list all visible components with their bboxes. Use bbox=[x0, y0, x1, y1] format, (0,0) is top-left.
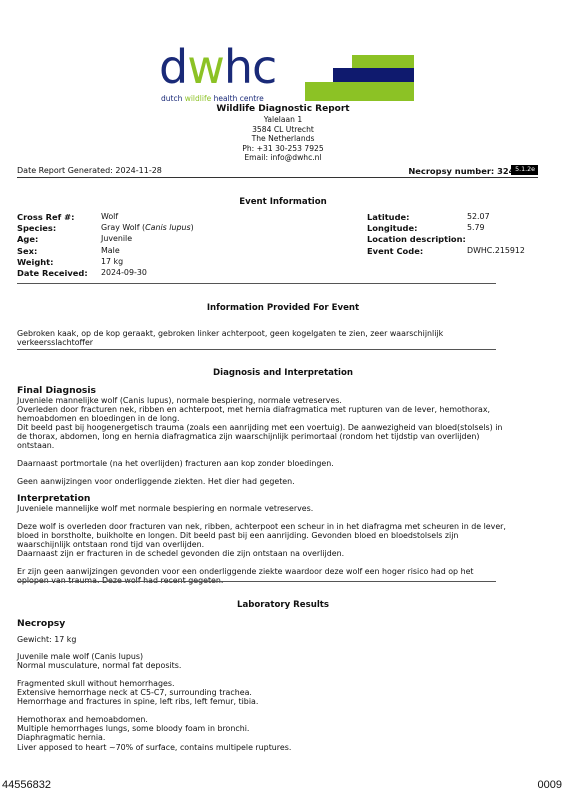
field-location-description: Location description: bbox=[367, 234, 525, 245]
lab-line: Hemorrhage and fractures in spine, left … bbox=[17, 697, 507, 706]
final-diagnosis-line: Overleden door fracturen nek, ribben en … bbox=[17, 405, 507, 423]
lab-line: Gewicht: 17 kg bbox=[17, 635, 507, 644]
report-title: Wildlife Diagnostic Report bbox=[0, 104, 566, 115]
report-meta-row: Date Report Generated: 2024-11-28 Necrop… bbox=[17, 166, 538, 178]
lab-line: Normal musculature, normal fat deposits. bbox=[17, 661, 507, 670]
lab-line: Hemothorax and hemoabdomen. bbox=[17, 715, 507, 724]
laboratory-block: Necropsy Gewicht: 17 kg Juvenile male wo… bbox=[17, 619, 507, 752]
field-sex: Sex:Male bbox=[17, 246, 194, 257]
final-diagnosis-line: Dit beeld past bij hoogenergetisch traum… bbox=[17, 423, 507, 450]
interpretation-line: Deze wolf is overleden door fracturen va… bbox=[17, 522, 507, 549]
lab-line: Extensive hemorrhage neck at C5-C7, surr… bbox=[17, 688, 507, 697]
final-diagnosis-line: Juveniele mannelijke wolf (Canis lupus),… bbox=[17, 396, 507, 405]
section-title-laboratory-results: Laboratory Results bbox=[0, 600, 566, 610]
interpretation-line: Er zijn geen aanwijzingen gevonden voor … bbox=[17, 567, 507, 585]
divider bbox=[17, 581, 496, 582]
diagnosis-block: Final Diagnosis Juveniele mannelijke wol… bbox=[17, 386, 507, 585]
address-line: Yalelaan 1 bbox=[0, 115, 566, 125]
field-age: Age:Juvenile bbox=[17, 234, 194, 245]
logo-bar-icon bbox=[352, 55, 414, 68]
divider bbox=[17, 349, 496, 350]
final-diagnosis-line: Geen aanwijzingen voor onderliggende zie… bbox=[17, 477, 507, 486]
lab-line: Juvenile male wolf (Canis lupus) bbox=[17, 652, 507, 661]
section-title-diagnosis: Diagnosis and Interpretation bbox=[0, 368, 566, 378]
field-longitude: Longitude:5.79 bbox=[367, 223, 525, 234]
logo-bar-icon bbox=[305, 82, 414, 101]
address-line: The Netherlands bbox=[0, 134, 566, 144]
lab-line: Diaphragmatic hernia. bbox=[17, 733, 507, 742]
field-date-received: Date Received:2024-09-30 bbox=[17, 268, 194, 279]
field-cross-ref: Cross Ref #:Wolf bbox=[17, 212, 194, 223]
address-block: Yalelaan 1 3584 CL Utrecht The Netherlan… bbox=[0, 115, 566, 163]
footer-document-id: 44556832 bbox=[2, 779, 51, 792]
lab-line: Fragmented skull without hemorrhages. bbox=[17, 679, 507, 688]
field-latitude: Latitude:52.07 bbox=[367, 212, 525, 223]
field-event-code: Event Code:DWHC.215912 bbox=[367, 246, 525, 257]
phone: Ph: +31 30-253 7925 bbox=[0, 144, 566, 154]
interpretation-line: Juveniele mannelijke wolf met normale be… bbox=[17, 504, 507, 513]
section-title-event-information: Event Information bbox=[0, 197, 566, 207]
email: Email: info@dwhc.nl bbox=[0, 153, 566, 163]
final-diagnosis-line: Daarnaast portmortale (na het overlijden… bbox=[17, 459, 507, 468]
footer-page-number: 0009 bbox=[538, 779, 562, 792]
lab-line: Multiple hemorrhages lungs, some bloody … bbox=[17, 724, 507, 733]
necropsy-title: Necropsy bbox=[17, 619, 507, 629]
logo-bar-icon bbox=[333, 68, 414, 82]
version-badge: 5.1.2e bbox=[511, 165, 538, 175]
event-info-right: Latitude:52.07 Longitude:5.79 Location d… bbox=[367, 212, 525, 257]
divider bbox=[17, 283, 496, 284]
dwhc-logo: dwhc dutch wildlife health centre bbox=[155, 50, 420, 112]
information-provided-text: Gebroken kaak, op de kop geraakt, gebrok… bbox=[17, 329, 507, 347]
necropsy-number: Necropsy number: 32409 bbox=[408, 166, 526, 176]
field-species: Species:Gray Wolf (Canis lupus) bbox=[17, 223, 194, 234]
date-generated: Date Report Generated: 2024-11-28 bbox=[17, 166, 162, 176]
field-weight: Weight:17 kg bbox=[17, 257, 194, 268]
interpretation-line: Daarnaast zijn er fracturen in de schede… bbox=[17, 549, 507, 558]
logo-tagline: dutch wildlife health centre bbox=[161, 94, 264, 103]
interpretation-title: Interpretation bbox=[17, 494, 507, 504]
event-info-left: Cross Ref #:Wolf Species:Gray Wolf (Cani… bbox=[17, 212, 194, 279]
lab-line: Liver apposed to heart ~70% of surface, … bbox=[17, 743, 507, 752]
section-title-information-provided: Information Provided For Event bbox=[0, 303, 566, 313]
logo-wordmark: dwhc bbox=[159, 44, 276, 90]
final-diagnosis-title: Final Diagnosis bbox=[17, 386, 507, 396]
address-line: 3584 CL Utrecht bbox=[0, 125, 566, 135]
